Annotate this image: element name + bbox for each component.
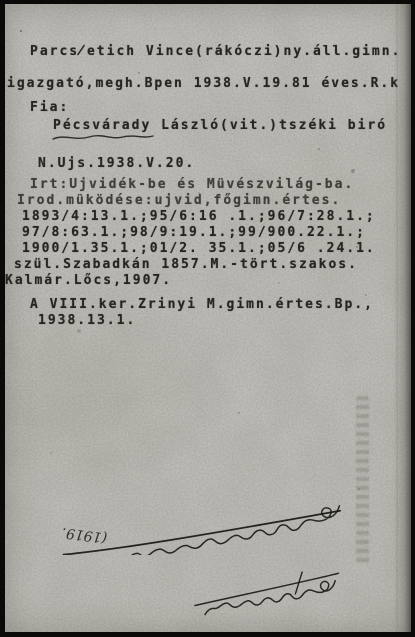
faint-edge-stamp — [356, 396, 369, 564]
typed-line-page: 1938.13.1. — [38, 313, 136, 328]
typed-line-refs-1: 1893/4:13.1.;95/6:16 .1.;96/7:28.1.; — [22, 209, 376, 224]
card-edge-shading-inner — [394, 4, 398, 632]
typed-line-refs-2: 97/8:63.1.;98/9:19.1.;99/900.22.1.; — [22, 225, 366, 240]
typed-line-refs-3: 1900/1.35.1.;01/2. 35.1.;05/6 .24.1. — [22, 241, 376, 256]
typed-line-irod: Irod.müködése:ujvid,főgimn.értes. — [17, 193, 341, 208]
card-edge-shading — [396, 4, 411, 632]
scanned-card-photo: Parcs̸etich Vince(rákóczi)ny.áll.gimn. i… — [0, 0, 415, 637]
typed-line-fia: Fia: — [30, 100, 69, 115]
handwritten-annotation-upper: (1919. — [55, 495, 347, 555]
handwritten-annotation-lower — [186, 566, 351, 621]
handwritten-year: (1919. — [61, 524, 108, 545]
typed-line-death: igazgató,megh.Bpen 1938.V.19.81 éves.R.k — [7, 76, 400, 91]
index-card: Parcs̸etich Vince(rákóczi)ny.áll.gimn. i… — [5, 4, 411, 632]
paper-specks — [20, 30, 22, 32]
typed-line-source: N.Ujs.1938.V.20. — [38, 156, 195, 171]
typed-line-name: Parcs̸etich Vince(rákóczi)ny.áll.gimn. — [30, 44, 401, 59]
typed-line-birth: szül.Szabadkán 1857.M.-tört.szakos. — [14, 257, 358, 272]
typed-line-son: Pécsvárady László(vit.)tszéki biró — [53, 118, 387, 133]
typed-line-kalmar: Kalmár.Lőcs,1907. — [5, 273, 172, 288]
typed-line-irt: Irt:Ujvidék-be és Müvészvilág-ba. — [30, 177, 354, 192]
typed-line-zrinyi: A VIII.ker.Zrinyi M.gimn.értes.Bp., — [30, 297, 374, 312]
